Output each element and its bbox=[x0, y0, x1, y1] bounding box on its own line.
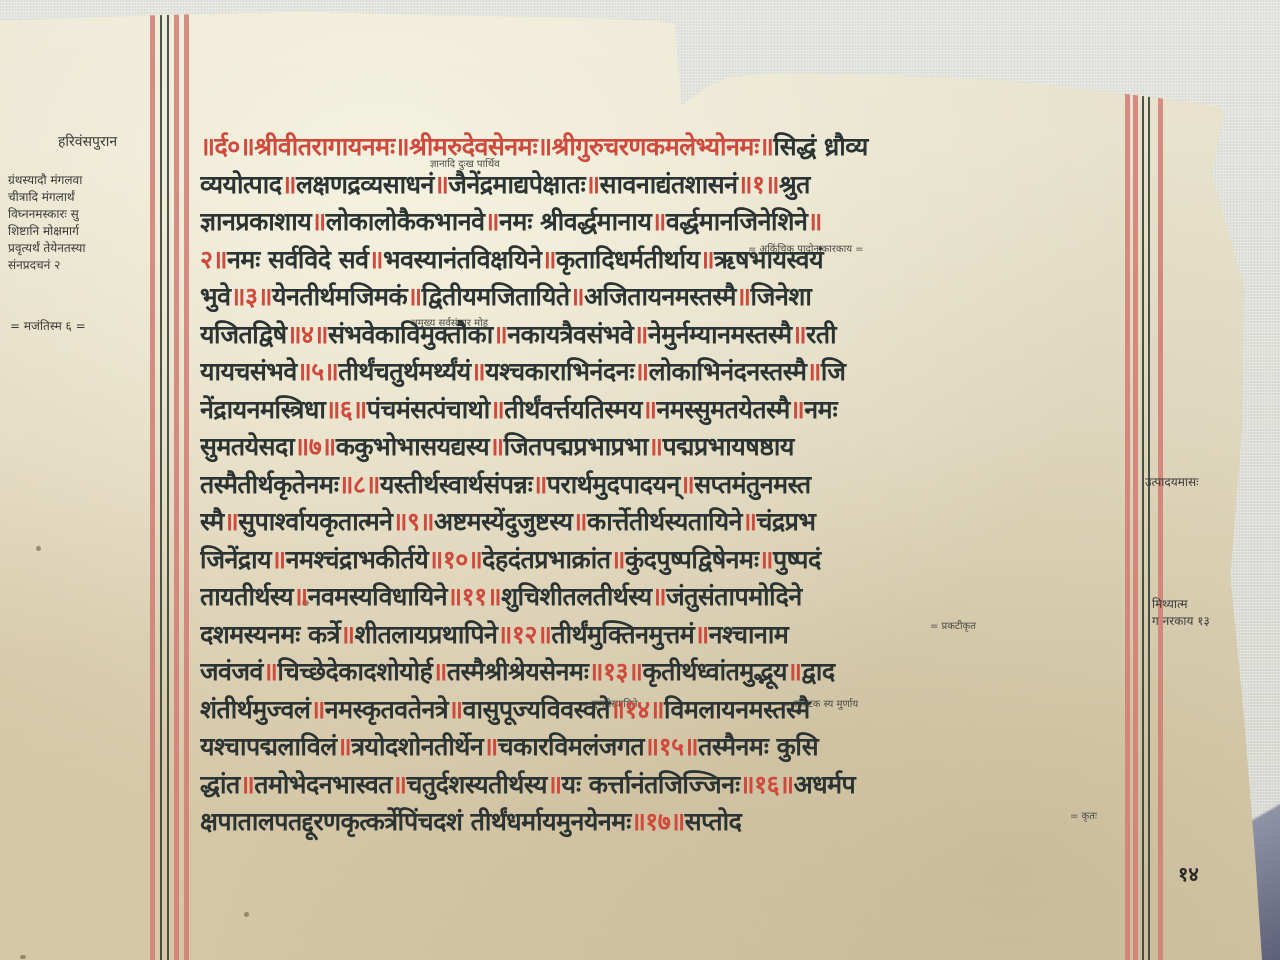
margin-note-line: चीत्रादि मंगलार्थं bbox=[8, 189, 85, 206]
rubric-text: ॥ bbox=[652, 582, 666, 611]
rubric-text: ॥ bbox=[694, 620, 708, 649]
body-text: चतुर्दशस्यतीर्थस्य bbox=[407, 770, 548, 799]
body-text: लक्षणद्रव्यसाधनं bbox=[296, 170, 434, 199]
right-border-black-1 bbox=[1142, 42, 1144, 960]
body-text: कृतादिधर्मतीर्थाय bbox=[556, 245, 700, 274]
body-text: नमः bbox=[804, 395, 837, 424]
rubric-text: २॥ bbox=[200, 245, 227, 274]
body-text: चकारविमलंजगत bbox=[498, 732, 644, 761]
body-text: नमस्सुमतयेतस्मै bbox=[656, 395, 789, 424]
rubric-text: ॥ bbox=[448, 695, 462, 724]
text-line: दशमस्यनमः कर्त्रे॥शीतलायप्रथापिने॥१२॥तीर… bbox=[200, 616, 1135, 654]
rubric-text: ॥ bbox=[311, 207, 325, 236]
body-text: परार्थमुदपादयन् bbox=[547, 470, 680, 499]
text-line: जवंजवं॥चिच्छेदेकादशोयोर्ह॥तस्मैश्रीश्रेय… bbox=[200, 653, 1135, 691]
main-text-block: ॥र्द०॥श्रीवीतरागायनमः॥श्रीमरुदेवसेनमः॥श्… bbox=[200, 128, 1135, 841]
body-text: पंचमंसत्पंचाथो bbox=[367, 395, 490, 424]
rubric-text: ॥ bbox=[790, 395, 804, 424]
body-text: कुंदपुष्पद्विषेनमः bbox=[625, 545, 759, 574]
body-text: जि bbox=[821, 357, 846, 386]
body-text: नमः श्रीवर्द्धमानाय bbox=[499, 207, 651, 236]
body-text: जंतुसंतापमोदिने bbox=[666, 582, 802, 611]
body-text: अजितायनमस्तस्मै bbox=[584, 282, 736, 311]
rubric-text: ॥ bbox=[240, 770, 254, 799]
rubric-text: ॥ bbox=[642, 395, 656, 424]
rubric-text: ॥ bbox=[541, 245, 555, 274]
rubric-text: ॥ bbox=[648, 432, 662, 461]
body-text: यः कर्त्तानंतजिज्जिनः bbox=[562, 770, 740, 799]
text-line: ज्ञानप्रकाशाय॥लोकालोकैकभानवे॥नमः श्रीवर्… bbox=[200, 203, 1135, 241]
body-text: सप्तोद bbox=[685, 807, 742, 836]
text-line: व्ययोत्पाद॥लक्षणद्रव्यसाधनं॥जैनेंद्रमाद्… bbox=[200, 166, 1135, 204]
rubric-text: ॥ bbox=[700, 245, 714, 274]
body-text: पुष्पदं bbox=[773, 545, 821, 574]
rubric-text: ॥५॥ bbox=[297, 357, 338, 386]
right-margin-note-2: मिथ्यात्म ग नरकाय १३ bbox=[1152, 596, 1210, 630]
rubric-text: ॥१॥ bbox=[738, 170, 779, 199]
rubric-text: ॥ bbox=[483, 732, 497, 761]
rubric-text: ॥ bbox=[369, 245, 383, 274]
rubric-text: ॥ bbox=[340, 620, 354, 649]
body-text: द्धांत bbox=[200, 770, 240, 799]
right-margin-note-1: उत्पादयमासः bbox=[1145, 474, 1199, 491]
margin-note-line: ग्रंथस्यादौ मंगलवा bbox=[8, 172, 85, 189]
text-line: यायचसंभवे॥५॥तीर्थंचतुर्थमर्थ्यंयं॥यश्चका… bbox=[200, 353, 1135, 391]
body-text: वर्द्धमानजिनेशिने bbox=[666, 207, 807, 236]
text-line: तस्मैतीर्थकृतेनमः॥८॥यस्तीर्थस्वार्थसंपन्… bbox=[200, 466, 1135, 504]
body-text: जिनेशा bbox=[750, 282, 811, 311]
rubric-text: ॥ bbox=[633, 320, 647, 349]
rubric-text: ॥ bbox=[337, 732, 351, 761]
body-text: द्वाद bbox=[802, 657, 835, 686]
left-border-black-2 bbox=[167, 0, 169, 960]
body-text: तायतीर्थस्य bbox=[200, 582, 293, 611]
body-text: वासुपूज्यविवस्वते bbox=[463, 695, 610, 724]
body-text: सिद्धं ध्रौव्य bbox=[773, 132, 867, 161]
rubric-text: ॥८॥ bbox=[338, 470, 379, 499]
body-text: कार्त्तेतीर्थस्यतायिने bbox=[587, 507, 742, 536]
left-border-black-1 bbox=[160, 0, 162, 960]
rubric-text: ॥१६॥ bbox=[740, 770, 794, 799]
body-text: भुवे bbox=[200, 282, 230, 311]
rubric-text: ॥ bbox=[680, 470, 694, 499]
body-text: येनतीर्थमजिमकं bbox=[272, 282, 407, 311]
left-margin-note: ग्रंथस्यादौ मंगलवा चीत्रादि मंगलार्थं वि… bbox=[8, 172, 85, 274]
rubric-text: ॥९॥ bbox=[393, 507, 434, 536]
rubric-text: ॥ bbox=[573, 507, 587, 536]
rubric-text: ॥११॥ bbox=[447, 582, 501, 611]
body-text: नेमुर्नम्यानमस्तस्मै bbox=[648, 320, 792, 349]
folio-number: १४ bbox=[1178, 860, 1199, 887]
rubric-text: ॥ bbox=[310, 695, 324, 724]
body-text: शीतलायप्रथापिने bbox=[355, 620, 498, 649]
body-text: नमश्चंद्राभकीर्तये bbox=[286, 545, 429, 574]
body-text: ज्ञानप्रकाशाय bbox=[200, 207, 311, 236]
rubric-text: ॥ bbox=[281, 170, 295, 199]
body-text: कृतीर्थध्वांतमुद्भूय bbox=[642, 657, 787, 686]
body-text: अधर्मप bbox=[794, 770, 856, 799]
rubric-text: ॥ bbox=[651, 207, 665, 236]
margin-note-line: मिथ्यात्म bbox=[1152, 596, 1210, 613]
body-text: द्वितीयमजितायिते bbox=[422, 282, 570, 311]
rubric-text: ॥ bbox=[742, 507, 756, 536]
body-text: चंद्रप्रभ bbox=[756, 507, 815, 536]
rubric-text: ॥१४॥ bbox=[610, 695, 664, 724]
margin-note-line: ग नरकाय १३ bbox=[1152, 613, 1210, 630]
body-text: तीर्थंचतुर्थमर्थ्यंयं bbox=[338, 357, 470, 386]
rubric-text: ॥ bbox=[547, 770, 561, 799]
rubric-text: ॥७॥ bbox=[294, 432, 335, 461]
body-text: स्मै bbox=[200, 507, 224, 536]
body-text: दशमस्यनमः कर्त्रे bbox=[200, 620, 340, 649]
body-text: यजितद्विषे bbox=[200, 320, 287, 349]
body-text: चिच्छेदेकादशोयोर्ह bbox=[277, 657, 432, 686]
body-text: शुचिशीतलतीर्थस्य bbox=[501, 582, 651, 611]
body-text: ककुभोभासयद्यस्य bbox=[336, 432, 489, 461]
body-text: नश्चानाम bbox=[709, 620, 789, 649]
rubric-text: ॥र्द०॥श्रीवीतरागायनमः॥श्रीमरुदेवसेनमः॥श्… bbox=[200, 132, 773, 161]
text-line: ॥र्द०॥श्रीवीतरागायनमः॥श्रीमरुदेवसेनमः॥श्… bbox=[200, 128, 1135, 166]
body-text: जिनेंद्राय bbox=[200, 545, 271, 574]
text-line: यजितद्विषे॥४॥संभवेकाविमुक्तौका॥नकायत्रैव… bbox=[200, 316, 1135, 354]
rubric-text: ॥ bbox=[634, 357, 648, 386]
rubric-text: ॥ bbox=[806, 357, 820, 386]
rubric-text: ॥ bbox=[610, 545, 624, 574]
body-text: तीर्थंवर्त्तयतिस्मय bbox=[504, 395, 642, 424]
body-text: ऋषभायस्वयं bbox=[714, 245, 823, 274]
rubric-text: ॥ bbox=[736, 282, 750, 311]
body-text: पद्मप्रभायषष्ठाय bbox=[662, 432, 793, 461]
rubric-text: ॥ bbox=[792, 320, 806, 349]
body-text: लोकाभिनंदनस्तस्मै bbox=[649, 357, 807, 386]
rubric-text: ॥१३॥ bbox=[588, 657, 642, 686]
rubric-text: ॥१५॥ bbox=[644, 732, 698, 761]
rubric-text: ॥ bbox=[787, 657, 801, 686]
body-text: तमोभेदनभास्वत bbox=[254, 770, 392, 799]
body-text: तस्मैश्रीश्रेयसेनमः bbox=[447, 657, 589, 686]
rubric-text: ॥ bbox=[407, 282, 421, 311]
margin-note-line: विघ्ननमस्कारः सु bbox=[8, 206, 85, 223]
rubric-text: ॥ bbox=[224, 507, 238, 536]
body-text: व्ययोत्पाद bbox=[200, 170, 281, 199]
body-text: सप्तमंतुनमस्त bbox=[694, 470, 810, 499]
body-text: विमलायनमस्तस्मै bbox=[664, 695, 810, 724]
rubric-text: ॥ bbox=[471, 357, 485, 386]
text-line: भुवे॥३॥येनतीर्थमजिमकं॥द्वितीयमजितायिते॥अ… bbox=[200, 278, 1135, 316]
body-text: नमस्कृतवतेनत्रे bbox=[325, 695, 448, 724]
rubric-text: ॥१०॥ bbox=[428, 545, 482, 574]
body-text: नवमस्यविधायिने bbox=[308, 582, 448, 611]
rubric-text: ॥ bbox=[434, 170, 448, 199]
rubric-text: ॥ bbox=[271, 545, 285, 574]
body-text: श्रुत bbox=[779, 170, 810, 199]
rubric-text: ॥ bbox=[293, 582, 307, 611]
rubric-text: ॥ bbox=[570, 282, 584, 311]
body-text: क्षपातालपतद्दूरणकृत्कर्त्रेपिंचदशं तीर्थ… bbox=[200, 807, 631, 836]
body-text: जैनेंद्रमाद्यपेक्षातः bbox=[448, 170, 585, 199]
body-text: नेंद्रायनमस्त्रिधा bbox=[200, 395, 325, 424]
rubric-text: ॥ bbox=[263, 657, 277, 686]
rubric-text: ॥ bbox=[759, 545, 773, 574]
right-border-black-2 bbox=[1148, 42, 1150, 960]
body-text: तस्मैतीर्थकृतेनमः bbox=[200, 470, 338, 499]
body-text: त्रयोदशोनतीर्थेन bbox=[351, 732, 483, 761]
margin-note-line: प्रवृत्यर्थं तेयेनतस्या bbox=[8, 240, 85, 257]
rubric-text: ॥ bbox=[392, 770, 406, 799]
text-line: जिनेंद्राय॥नमश्चंद्राभकीर्तये॥१०॥देहदंतप… bbox=[200, 541, 1135, 579]
stain bbox=[20, 955, 26, 959]
text-line: स्मै॥सुपार्श्वायकृतात्मने॥९॥अष्टमस्येंदु… bbox=[200, 503, 1135, 541]
manuscript-folio: हरिवंसपुरान ग्रंथस्यादौ मंगलवा चीत्रादि … bbox=[0, 0, 1262, 960]
rubric-text: ॥१२॥ bbox=[497, 620, 551, 649]
rubric-text: ॥ bbox=[485, 207, 499, 236]
left-border-red-1 bbox=[150, 0, 155, 960]
rubric-text: ॥ bbox=[490, 395, 504, 424]
body-text: यायचसंभवे bbox=[200, 357, 297, 386]
rubric-text: ॥ bbox=[432, 657, 446, 686]
text-line: यश्चापद्मलाविलं॥त्रयोदशोनतीर्थेन॥चकारविम… bbox=[200, 728, 1135, 766]
rubric-text: ॥१७॥ bbox=[631, 807, 685, 836]
body-text: संभवेकाविमुक्तौका bbox=[328, 320, 493, 349]
body-text: लोकालोकैकभानवे bbox=[326, 207, 485, 236]
left-border-red-2 bbox=[174, 0, 179, 960]
body-text: सावनाद्यंतशासनं bbox=[600, 170, 738, 199]
left-border-red-3 bbox=[184, 0, 189, 960]
rubric-text: ॥ bbox=[489, 432, 503, 461]
body-text: सुमतयेसदा bbox=[200, 432, 294, 461]
rubric-text: ॥३॥ bbox=[230, 282, 271, 311]
body-text: शंतीर्थमुज्वलं bbox=[200, 695, 310, 724]
body-text: देहदंतप्रभाक्रांत bbox=[482, 545, 610, 574]
body-text: भवस्यानंतविक्षयिने bbox=[383, 245, 541, 274]
stain bbox=[244, 912, 249, 917]
left-margin-bottom-note: = मजंतिस्म ६ = bbox=[10, 318, 86, 335]
margin-note-line: संनप्रदचनं २ bbox=[8, 257, 85, 274]
body-text: अष्टमस्येंदुजुष्टस्य bbox=[434, 507, 573, 536]
body-text: यस्तीर्थस्वार्थसंपन्नः bbox=[380, 470, 532, 499]
rubric-text: ॥ bbox=[585, 170, 599, 199]
text-line: सुमतयेसदा॥७॥ककुभोभासयद्यस्य॥जितपद्मप्रभा… bbox=[200, 428, 1135, 466]
stain bbox=[36, 546, 41, 551]
text-line: तायतीर्थस्य॥नवमस्यविधायिने॥११॥शुचिशीतलती… bbox=[200, 578, 1135, 616]
body-text: जवंजवं bbox=[200, 657, 263, 686]
rubric-text: ॥६॥ bbox=[325, 395, 366, 424]
right-border-red-3 bbox=[1158, 42, 1163, 960]
text-line: शंतीर्थमुज्वलं॥नमस्कृतवतेनत्रे॥वासुपूज्य… bbox=[200, 691, 1135, 729]
body-text: नमः सर्वविदे सर्व bbox=[227, 245, 369, 274]
body-text: सुपार्श्वायकृतात्मने bbox=[238, 507, 392, 536]
body-text: यश्चकाराभिनंदनः bbox=[485, 357, 634, 386]
margin-note-line: शिष्टानि मोक्षमार्ग bbox=[8, 223, 85, 240]
body-text: रती bbox=[806, 320, 836, 349]
body-text: तस्मैनमः कुसि bbox=[698, 732, 818, 761]
rubric-text: ॥ bbox=[493, 320, 507, 349]
rubric-text: ॥ bbox=[532, 470, 546, 499]
body-text: तीर्थंमुक्तिनमुत्तमं bbox=[551, 620, 694, 649]
rubric-text: ॥ bbox=[807, 207, 821, 236]
body-text: यश्चापद्मलाविलं bbox=[200, 732, 337, 761]
body-text: नकायत्रैवसंभवे bbox=[507, 320, 633, 349]
text-line: क्षपातालपतद्दूरणकृत्कर्त्रेपिंचदशं तीर्थ… bbox=[200, 803, 1135, 841]
text-line: नेंद्रायनमस्त्रिधा॥६॥पंचमंसत्पंचाथो॥तीर्… bbox=[200, 391, 1135, 429]
text-line: द्धांत॥तमोभेदनभास्वत॥चतुर्दशस्यतीर्थस्य॥… bbox=[200, 766, 1135, 804]
body-text: जितपद्मप्रभाप्रभा bbox=[504, 432, 648, 461]
margin-title: हरिवंसपुरान bbox=[58, 132, 117, 151]
rubric-text: ॥४॥ bbox=[287, 320, 328, 349]
text-line: २॥नमः सर्वविदे सर्व॥भवस्यानंतविक्षयिने॥क… bbox=[200, 241, 1135, 279]
